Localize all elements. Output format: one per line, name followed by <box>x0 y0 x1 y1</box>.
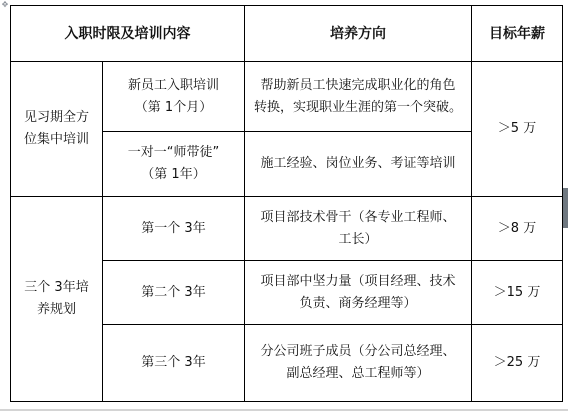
content-cell: 一对一“师带徒” （第 1年） <box>103 132 245 197</box>
direction-cell: 分公司班子成员（分公司总经理、 副总经理、总工程师等） <box>245 325 472 402</box>
header-target-salary: 目标年薪 <box>472 6 563 62</box>
table-row: 三个 3年培 养规划 第一个 3年 项目部技术骨干（各专业工程师、 工长） ＞8… <box>11 197 563 261</box>
content-cell: 新员工入职培训 （第 1个月） <box>103 62 245 132</box>
salary-cell: ＞5 万 <box>472 62 563 197</box>
salary-cell: ＞25 万 <box>472 325 563 402</box>
training-plan-table: 入职时限及培训内容 培养方向 目标年薪 见习期全方 位集中培训 新员工入职培训 … <box>10 5 563 402</box>
salary-cell: ＞8 万 <box>472 197 563 261</box>
direction-cell: 施工经验、岗位业务、考证等培训 <box>245 132 472 197</box>
content-cell: 第二个 3年 <box>103 261 245 325</box>
table-move-handle-icon[interactable]: ✥ <box>0 0 10 9</box>
direction-cell: 帮助新员工快速完成职业化的角色 转换，实现职业生涯的第一个突破。 <box>245 62 472 132</box>
header-period-content: 入职时限及培训内容 <box>11 6 245 62</box>
salary-cell: ＞15 万 <box>472 261 563 325</box>
section-label-probation: 见习期全方 位集中培训 <box>11 62 103 197</box>
section-label-three-year-plan: 三个 3年培 养规划 <box>11 197 103 402</box>
table-row: 见习期全方 位集中培训 新员工入职培训 （第 1个月） 帮助新员工快速完成职业化… <box>11 62 563 132</box>
header-direction: 培养方向 <box>245 6 472 62</box>
direction-cell: 项目部技术骨干（各专业工程师、 工长） <box>245 197 472 261</box>
edge-tab-icon[interactable] <box>563 188 568 228</box>
page-bottom-edge <box>0 409 568 411</box>
content-cell: 第三个 3年 <box>103 325 245 402</box>
direction-cell: 项目部中坚力量（项目经理、技术 负责、商务经理等） <box>245 261 472 325</box>
content-cell: 第一个 3年 <box>103 197 245 261</box>
header-row: 入职时限及培训内容 培养方向 目标年薪 <box>11 6 563 62</box>
